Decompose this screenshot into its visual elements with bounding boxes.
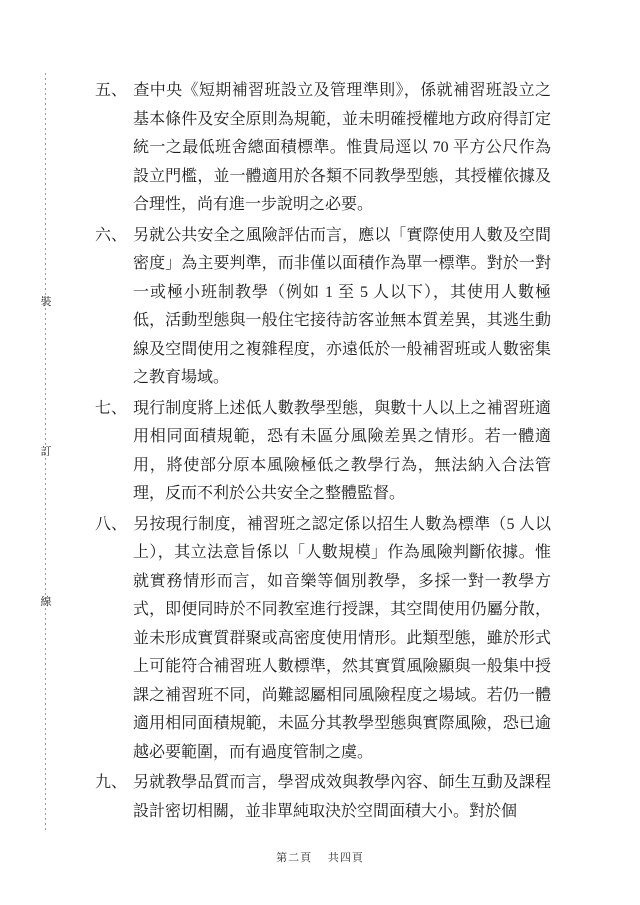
binding-label-ding: 訂 <box>41 447 52 458</box>
document-page: 裝 訂 線 五、查中央《短期補習班設立及管理準則》，係就補習班設立之基本條件及安… <box>0 0 640 905</box>
paragraph-6-text: 另就公共安全之風險評估而言，應以「實際使用人數及空間密度」為主要判準，而非僅以面… <box>133 227 551 387</box>
footer-page-number: 第二頁 <box>276 852 312 864</box>
paragraph-8-number: 八、 <box>95 511 133 540</box>
page-footer: 第二頁 共四頁 <box>0 851 640 866</box>
paragraph-7-text: 現行制度將上述低人數教學型態，與數十人以上之補習班適用相同面積規範，恐有未區分風… <box>133 400 551 503</box>
paragraph-7-number: 七、 <box>95 395 133 424</box>
paragraph-8-text: 另按現行制度，補習班之認定係以招生人數為標準（5 人以上），其立法意旨係以「人數… <box>133 516 551 761</box>
paragraph-6: 六、另就公共安全之風險評估而言，應以「實際使用人數及空間密度」為主要判準，而非僅… <box>95 222 551 393</box>
paragraph-5-number: 五、 <box>95 77 133 106</box>
document-body: 五、查中央《短期補習班設立及管理準則》，係就補習班設立之基本條件及安全原則為規範… <box>95 77 551 828</box>
paragraph-9: 九、另就教學品質而言，學習成效與教學內容、師生互動及課程設計密切相關，並非單純取… <box>95 769 551 826</box>
paragraph-9-text: 另就教學品質而言，學習成效與教學內容、師生互動及課程設計密切相關，並非單純取決於… <box>133 774 551 820</box>
paragraph-5: 五、查中央《短期補習班設立及管理準則》，係就補習班設立之基本條件及安全原則為規範… <box>95 77 551 220</box>
paragraph-9-number: 九、 <box>95 769 133 798</box>
footer-total-pages: 共四頁 <box>328 852 364 864</box>
paragraph-5-text: 查中央《短期補習班設立及管理準則》，係就補習班設立之基本條件及安全原則為規範，並… <box>133 82 551 213</box>
binding-label-xian: 線 <box>41 597 52 608</box>
binding-label-zhuang: 裝 <box>41 297 52 308</box>
paragraph-6-number: 六、 <box>95 222 133 251</box>
paragraph-8: 八、另按現行制度，補習班之認定係以招生人數為標準（5 人以上），其立法意旨係以「… <box>95 511 551 768</box>
paragraph-7: 七、現行制度將上述低人數教學型態，與數十人以上之補習班適用相同面積規範，恐有未區… <box>95 395 551 509</box>
